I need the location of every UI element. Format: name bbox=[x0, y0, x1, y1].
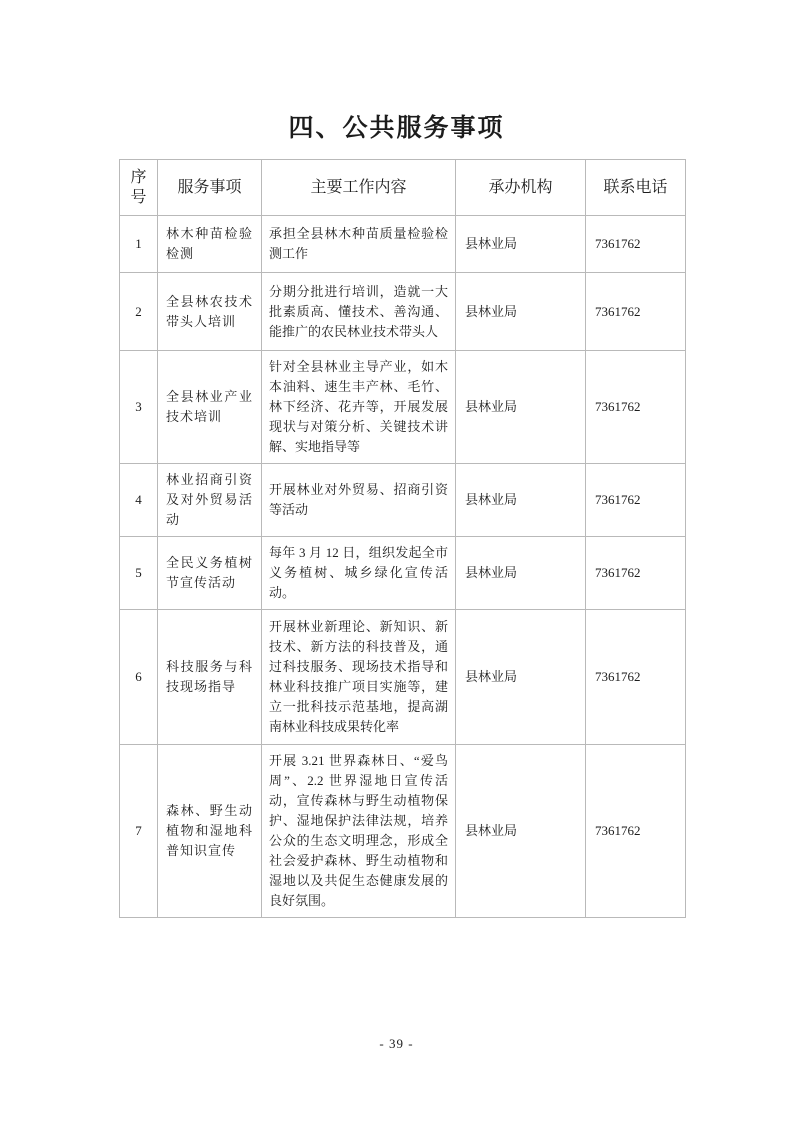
cell-work-content: 开展 3.21 世界森林日、“爱鸟周”、2.2 世界湿地日宣传活动，宣传森林与野… bbox=[262, 745, 456, 918]
cell-service-item: 全县林农技术带头人培训 bbox=[158, 273, 262, 351]
cell-phone: 7361762 bbox=[586, 351, 686, 464]
table-body: 1 林木种苗检验检测 承担全县林木种苗质量检验检测工作 县林业局 7361762… bbox=[120, 216, 686, 918]
cell-phone: 7361762 bbox=[586, 464, 686, 537]
cell-serial-no: 4 bbox=[120, 464, 158, 537]
page-number: - 39 - bbox=[0, 1036, 793, 1052]
table-row: 1 林木种苗检验检测 承担全县林木种苗质量检验检测工作 县林业局 7361762 bbox=[120, 216, 686, 273]
public-service-items-table: 序号 服务事项 主要工作内容 承办机构 联系电话 1 林木种苗检验检测 承担全县… bbox=[119, 159, 686, 918]
cell-agency: 县林业局 bbox=[456, 273, 586, 351]
cell-serial-no: 2 bbox=[120, 273, 158, 351]
cell-phone: 7361762 bbox=[586, 745, 686, 918]
table-row: 7 森林、野生动植物和湿地科普知识宣传 开展 3.21 世界森林日、“爱鸟周”、… bbox=[120, 745, 686, 918]
cell-serial-no: 6 bbox=[120, 610, 158, 745]
cell-agency: 县林业局 bbox=[456, 464, 586, 537]
page-title: 四、公共服务事项 bbox=[0, 108, 793, 144]
col-header-phone: 联系电话 bbox=[586, 160, 686, 216]
cell-work-content: 针对全县林业主导产业，如木本油料、速生丰产林、毛竹、林下经济、花卉等，开展发展现… bbox=[262, 351, 456, 464]
cell-serial-no: 1 bbox=[120, 216, 158, 273]
cell-service-item: 森林、野生动植物和湿地科普知识宣传 bbox=[158, 745, 262, 918]
cell-serial-no: 7 bbox=[120, 745, 158, 918]
table-header-row: 序号 服务事项 主要工作内容 承办机构 联系电话 bbox=[120, 160, 686, 216]
cell-service-item: 全县林业产业技术培训 bbox=[158, 351, 262, 464]
table-row: 2 全县林农技术带头人培训 分期分批进行培训，造就一大批素质高、懂技术、善沟通、… bbox=[120, 273, 686, 351]
cell-phone: 7361762 bbox=[586, 537, 686, 610]
cell-agency: 县林业局 bbox=[456, 216, 586, 273]
cell-agency: 县林业局 bbox=[456, 537, 586, 610]
cell-serial-no: 5 bbox=[120, 537, 158, 610]
table-row: 6 科技服务与科技现场指导 开展林业新理论、新知识、新技术、新方法的科技普及，通… bbox=[120, 610, 686, 745]
cell-work-content: 分期分批进行培训，造就一大批素质高、懂技术、善沟通、能推广的农民林业技术带头人 bbox=[262, 273, 456, 351]
cell-service-item: 科技服务与科技现场指导 bbox=[158, 610, 262, 745]
table-row: 5 全民义务植树节宣传活动 每年 3 月 12 日，组织发起全市义务植树、城乡绿… bbox=[120, 537, 686, 610]
cell-agency: 县林业局 bbox=[456, 610, 586, 745]
cell-phone: 7361762 bbox=[586, 610, 686, 745]
col-header-service-item: 服务事项 bbox=[158, 160, 262, 216]
table-row: 3 全县林业产业技术培训 针对全县林业主导产业，如木本油料、速生丰产林、毛竹、林… bbox=[120, 351, 686, 464]
cell-work-content: 承担全县林木种苗质量检验检测工作 bbox=[262, 216, 456, 273]
cell-phone: 7361762 bbox=[586, 273, 686, 351]
cell-work-content: 开展林业新理论、新知识、新技术、新方法的科技普及，通过科技服务、现场技术指导和林… bbox=[262, 610, 456, 745]
cell-service-item: 林木种苗检验检测 bbox=[158, 216, 262, 273]
cell-serial-no: 3 bbox=[120, 351, 158, 464]
cell-agency: 县林业局 bbox=[456, 351, 586, 464]
col-header-serial-no: 序号 bbox=[120, 160, 158, 216]
cell-phone: 7361762 bbox=[586, 216, 686, 273]
cell-agency: 县林业局 bbox=[456, 745, 586, 918]
col-header-agency: 承办机构 bbox=[456, 160, 586, 216]
cell-work-content: 开展林业对外贸易、招商引资等活动 bbox=[262, 464, 456, 537]
col-header-work-content: 主要工作内容 bbox=[262, 160, 456, 216]
cell-service-item: 林业招商引资及对外贸易活动 bbox=[158, 464, 262, 537]
cell-service-item: 全民义务植树节宣传活动 bbox=[158, 537, 262, 610]
table-row: 4 林业招商引资及对外贸易活动 开展林业对外贸易、招商引资等活动 县林业局 73… bbox=[120, 464, 686, 537]
cell-work-content: 每年 3 月 12 日，组织发起全市义务植树、城乡绿化宣传活动。 bbox=[262, 537, 456, 610]
